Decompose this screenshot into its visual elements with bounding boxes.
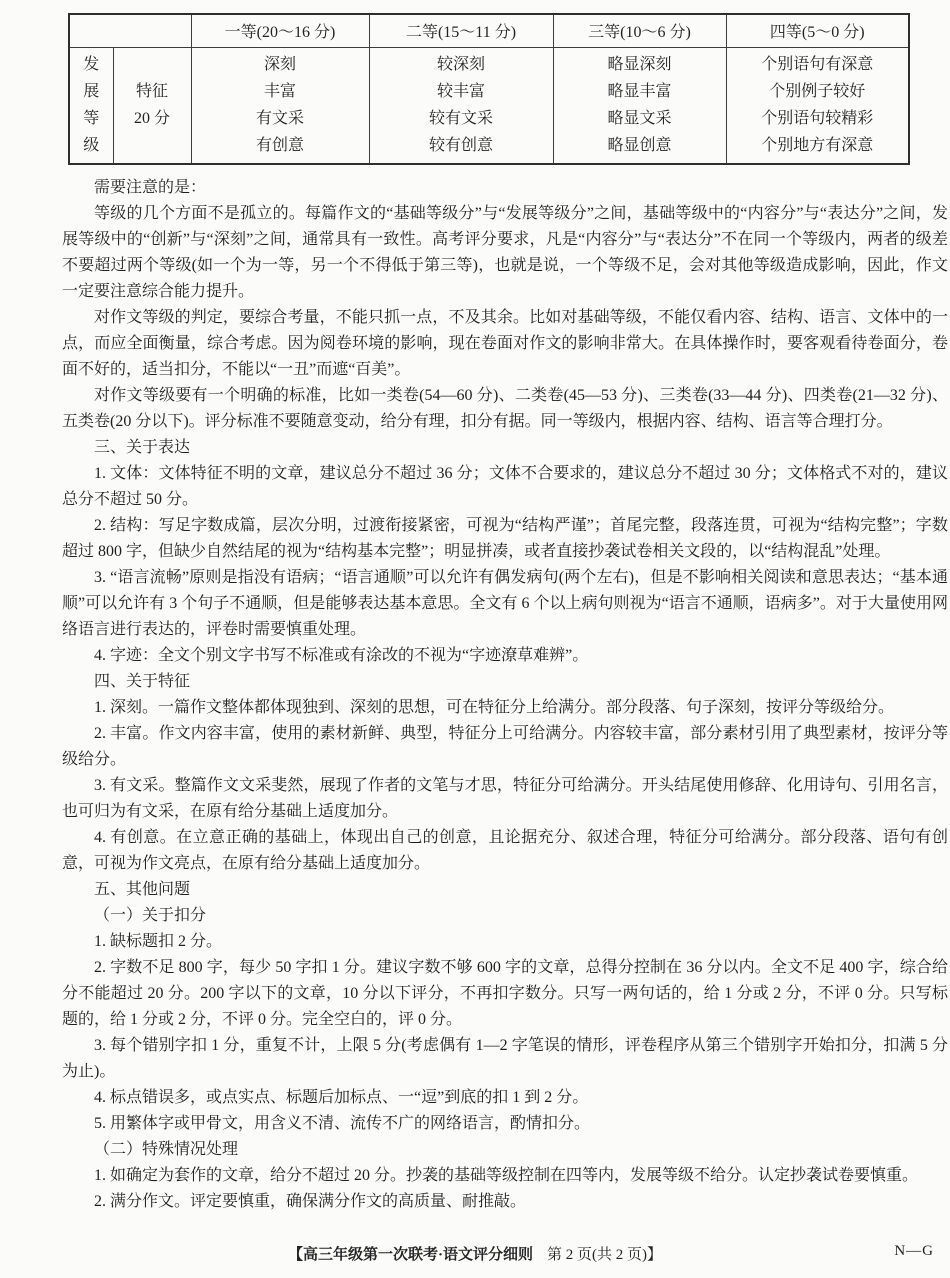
grade-cell-line: 个别语句较精彩 [727, 105, 909, 132]
footer-page-number: 第 2 页(共 2 页)】 [547, 1247, 662, 1263]
table-body-row: 发展等级 特征20 分 深刻丰富有文采有创意 较深刻较丰富较有文采较有创意 略显… [69, 47, 909, 164]
footer-paper-code: N—G [894, 1243, 934, 1260]
grade-cell-line: 略显创意 [554, 132, 726, 159]
grade3-header: 三等(10～6 分) [553, 14, 726, 47]
row-label-char: 等 [70, 105, 113, 132]
footer-exam-title: 【高三年级第一次联考·语文评分细则 [288, 1247, 533, 1263]
paragraph: 5. 用繁体字或甲骨文，用含义不清、流传不广的网络语言，酌情扣分。 [62, 1111, 948, 1137]
row-label-char: 级 [70, 132, 113, 159]
row-label-char: 发 [70, 51, 113, 78]
feature-label-line: 20 分 [114, 105, 191, 132]
grade-cell-line: 较深刻 [370, 51, 553, 78]
paragraph: 1. 缺标题扣 2 分。 [62, 929, 948, 955]
row-label-development-grade: 发展等级 [69, 47, 113, 164]
paragraph: 1. 深刻。一篇作文整体都体现独到、深刻的思想，可在特征分上给满分。部分段落、句… [62, 695, 948, 721]
paragraph: 需要注意的是： [62, 175, 948, 201]
paragraph: 对作文等级的判定，要综合考量，不能只抓一点，不及其余。比如对基础等级，不能仅看内… [62, 305, 948, 383]
grade-cell-line: 个别语句有深意 [727, 51, 909, 78]
paragraph: （二）特殊情况处理 [62, 1137, 948, 1163]
grade-cell-line: 略显深刻 [554, 51, 726, 78]
grade-cell-line: 有创意 [192, 132, 369, 159]
grade-cell-line: 个别地方有深意 [727, 132, 909, 159]
paragraph: 3. 有文采。整篇作文文采斐然，展现了作者的文笔与才思，特征分可给满分。开头结尾… [62, 773, 948, 825]
paragraph: 2. 满分作文。评定要慎重，确保满分作文的高质量、耐推敲。 [62, 1189, 948, 1215]
grade-cell-line: 深刻 [192, 51, 369, 78]
grade3-cell: 略显深刻略显丰富略显文采略显创意 [553, 47, 726, 164]
paragraph: 等级的几个方面不是孤立的。每篇作文的“基础等级分”与“发展等级分”之间，基础等级… [62, 201, 948, 305]
grade-cell-line: 略显文采 [554, 105, 726, 132]
paragraph: 4. 有创意。在立意正确的基础上，体现出自己的创意，且论据充分、叙述合理，特征分… [62, 825, 948, 877]
grade-cell-line: 略显丰富 [554, 78, 726, 105]
feature-label-line: 特征 [114, 78, 191, 105]
document-page: 一等(20～16 分) 二等(15～11 分) 三等(10～6 分) 四等(5～… [0, 0, 950, 1278]
development-grade-table: 一等(20～16 分) 二等(15～11 分) 三等(10～6 分) 四等(5～… [68, 13, 910, 165]
paragraph: 4. 字迹：全文个别文字书写不标准或有涂改的不视为“字迹潦草难辨”。 [62, 643, 948, 669]
grade4-header: 四等(5～0 分) [726, 14, 909, 47]
grade-cell-line: 较有创意 [370, 132, 553, 159]
paragraph: 2. 丰富。作文内容丰富，使用的素材新鲜、典型，特征分上可给满分。内容较丰富，部… [62, 721, 948, 773]
grade-cell-line: 丰富 [192, 78, 369, 105]
grade2-cell: 较深刻较丰富较有文采较有创意 [369, 47, 553, 164]
grade1-cell: 深刻丰富有文采有创意 [191, 47, 369, 164]
grade2-header: 二等(15～11 分) [369, 14, 553, 47]
paragraph: 四、关于特征 [62, 669, 948, 695]
paragraph: 4. 标点错误多，或点实点、标题后加标点、一“逗”到底的扣 1 到 2 分。 [62, 1085, 948, 1111]
grade-cell-line: 较丰富 [370, 78, 553, 105]
paragraph: 对作文等级要有一个明确的标准，比如一类卷(54—60 分)、二类卷(45—53 … [62, 383, 948, 435]
body-text: 需要注意的是：等级的几个方面不是孤立的。每篇作文的“基础等级分”与“发展等级分”… [62, 175, 948, 1215]
page-footer: 【高三年级第一次联考·语文评分细则第 2 页(共 2 页)】 N—G [0, 1243, 950, 1263]
paragraph: 2. 字数不足 800 字，每少 50 字扣 1 分。建议字数不够 600 字的… [62, 955, 948, 1033]
table-header-row: 一等(20～16 分) 二等(15～11 分) 三等(10～6 分) 四等(5～… [69, 14, 909, 47]
grade1-header: 一等(20～16 分) [191, 14, 369, 47]
grade-cell-line: 有文采 [192, 105, 369, 132]
grade4-cell: 个别语句有深意个别例子较好个别语句较精彩个别地方有深意 [726, 47, 909, 164]
paragraph: （一）关于扣分 [62, 903, 948, 929]
feature-score-label: 特征20 分 [113, 47, 191, 164]
paragraph: 三、关于表达 [62, 435, 948, 461]
row-label-char: 展 [70, 78, 113, 105]
paragraph: 1. 如确定为套作的文章，给分不超过 20 分。抄袭的基础等级控制在四等内，发展… [62, 1163, 948, 1189]
table-corner-cell [69, 14, 191, 47]
paragraph: 2. 结构：写足字数成篇，层次分明，过渡衔接紧密，可视为“结构严谨”；首尾完整，… [62, 513, 948, 565]
paragraph: 3. 每个错别字扣 1 分，重复不计，上限 5 分(考虑偶有 1—2 字笔误的情… [62, 1033, 948, 1085]
grade-cell-line: 个别例子较好 [727, 78, 909, 105]
paragraph: 五、其他问题 [62, 877, 948, 903]
paragraph: 3. “语言流畅”原则是指没有语病；“语言通顺”可以允许有偶发病句(两个左右)，… [62, 565, 948, 643]
grade-cell-line: 较有文采 [370, 105, 553, 132]
paragraph: 1. 文体：文体特征不明的文章，建议总分不超过 36 分；文体不合要求的，建议总… [62, 461, 948, 513]
